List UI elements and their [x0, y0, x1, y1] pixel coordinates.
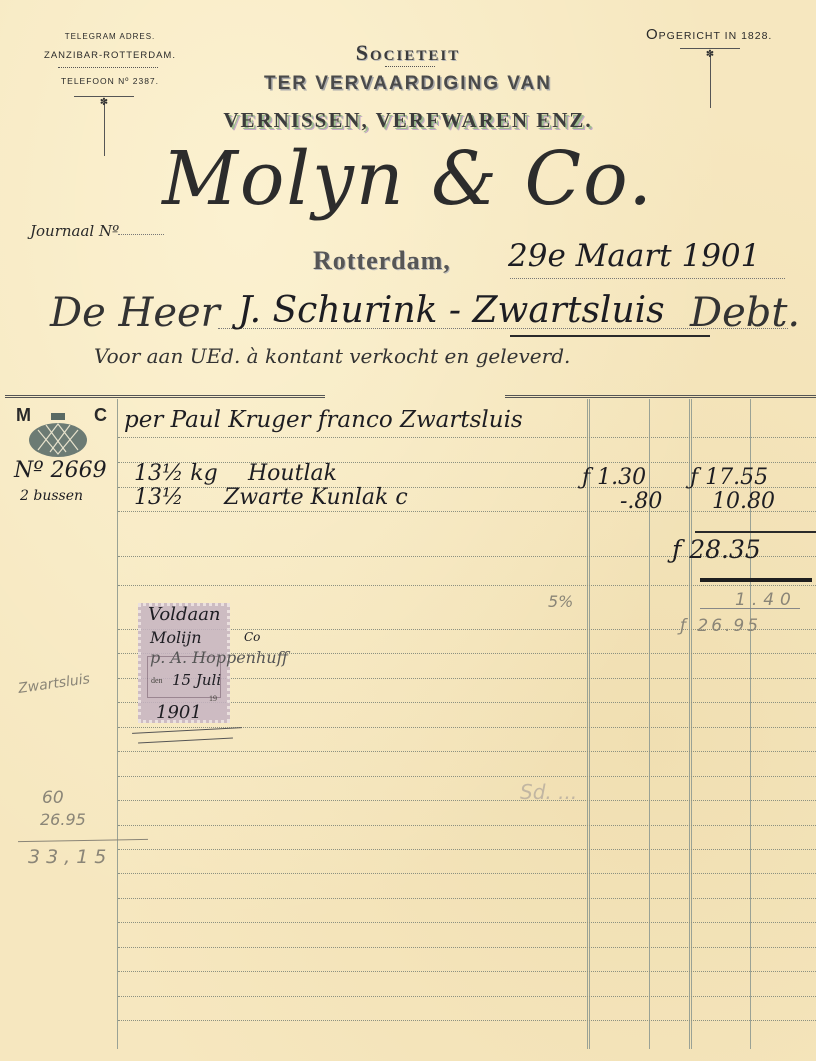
stamp-date: 15 Juli [172, 671, 221, 689]
signature-flourish [132, 727, 242, 734]
stamp-den-label: den [151, 676, 163, 685]
row-rule [118, 996, 816, 997]
total-double-rule [700, 578, 812, 582]
journaal-label: Journaal Nº [30, 222, 119, 240]
net-total: ƒ 26.95 [680, 616, 761, 636]
divider [58, 67, 158, 68]
row-rule [118, 585, 816, 586]
item-description: Zwarte Kunlak c [224, 485, 408, 510]
pencil-sum-a: 60 [42, 788, 64, 808]
row-rule [118, 873, 816, 874]
pencil-sum-b: 26.95 [40, 810, 86, 829]
row-rule [118, 898, 816, 899]
row-rule [118, 751, 816, 752]
column-divider [587, 399, 590, 1049]
column-divider [117, 399, 118, 1049]
stamp-signatory: p. A. Hoppenhuff [150, 648, 288, 667]
subtotal: ƒ 28.35 [672, 535, 761, 564]
total-rule [695, 531, 816, 533]
mark-number: Nº 2669 [14, 458, 107, 483]
row-rule [118, 971, 816, 972]
row-rule [118, 1020, 816, 1021]
journaal-field [118, 234, 164, 235]
addressee-name: J. Schurink - Zwartsluis [238, 290, 665, 331]
margin-place-note: Zwartsluis [17, 671, 91, 697]
pencil-sum-result: 33,15 [28, 846, 112, 868]
discount-label: 5% [548, 592, 573, 611]
stamp-voldaan: Voldaan [148, 604, 221, 625]
jar-icon [28, 412, 88, 458]
date-field-line [510, 278, 785, 279]
item-unit-price: -.80 [620, 489, 662, 514]
terms-line: Voor aan UEd. à kontant verkocht en gele… [94, 344, 570, 368]
ledger-top-rule [505, 395, 816, 398]
row-rule [118, 947, 816, 948]
divider [385, 66, 435, 67]
ledger-top-rule [5, 395, 325, 398]
item-amount: 10.80 [712, 489, 775, 514]
debtor-suffix: Debt. [690, 290, 800, 336]
package-count: 2 bussen [20, 488, 83, 504]
row-rule [118, 922, 816, 923]
stamp-year-prefix: 19 [209, 694, 217, 703]
date-value: 29e Maart 1901 [508, 238, 760, 274]
letterhead-line-1: Societeit [0, 40, 816, 66]
item-qty: 13½ [134, 485, 183, 510]
pencil-sum-rule [18, 839, 148, 842]
row-rule [118, 800, 816, 801]
underline [510, 335, 710, 337]
company-name: Molyn & Co. [0, 136, 816, 222]
row-rule [118, 462, 816, 463]
column-divider [689, 399, 692, 1049]
row-rule [118, 825, 816, 826]
item-description: Houtlak [248, 461, 337, 486]
letterhead-line-3: VERNISSEN, VERFWAREN ENZ. [0, 108, 816, 133]
item-qty: 13½ kg [134, 461, 218, 486]
signature-flourish [138, 738, 233, 744]
letterhead-line-2: TER VERVAARDIGING VAN [0, 73, 816, 95]
stamp-year: 1901 [156, 702, 202, 723]
discount-amount: 1.40 [735, 590, 797, 610]
stamp-co: Co [244, 630, 260, 644]
place: Rotterdam, [313, 246, 451, 276]
salutation: De Heer [50, 290, 220, 336]
row-rule [118, 849, 816, 850]
stamp-company: Molijn [150, 628, 202, 647]
mark-c: C [94, 405, 107, 426]
row-rule [118, 776, 816, 777]
item-unit-price: ƒ 1.30 [582, 465, 646, 490]
shipping-line: per Paul Kruger franco Zwartsluis [124, 407, 523, 433]
item-amount: ƒ 17.55 [690, 465, 768, 490]
discount-rule [700, 608, 800, 609]
faint-pencil-note: Sd. ... [520, 780, 577, 804]
row-rule [118, 437, 816, 438]
